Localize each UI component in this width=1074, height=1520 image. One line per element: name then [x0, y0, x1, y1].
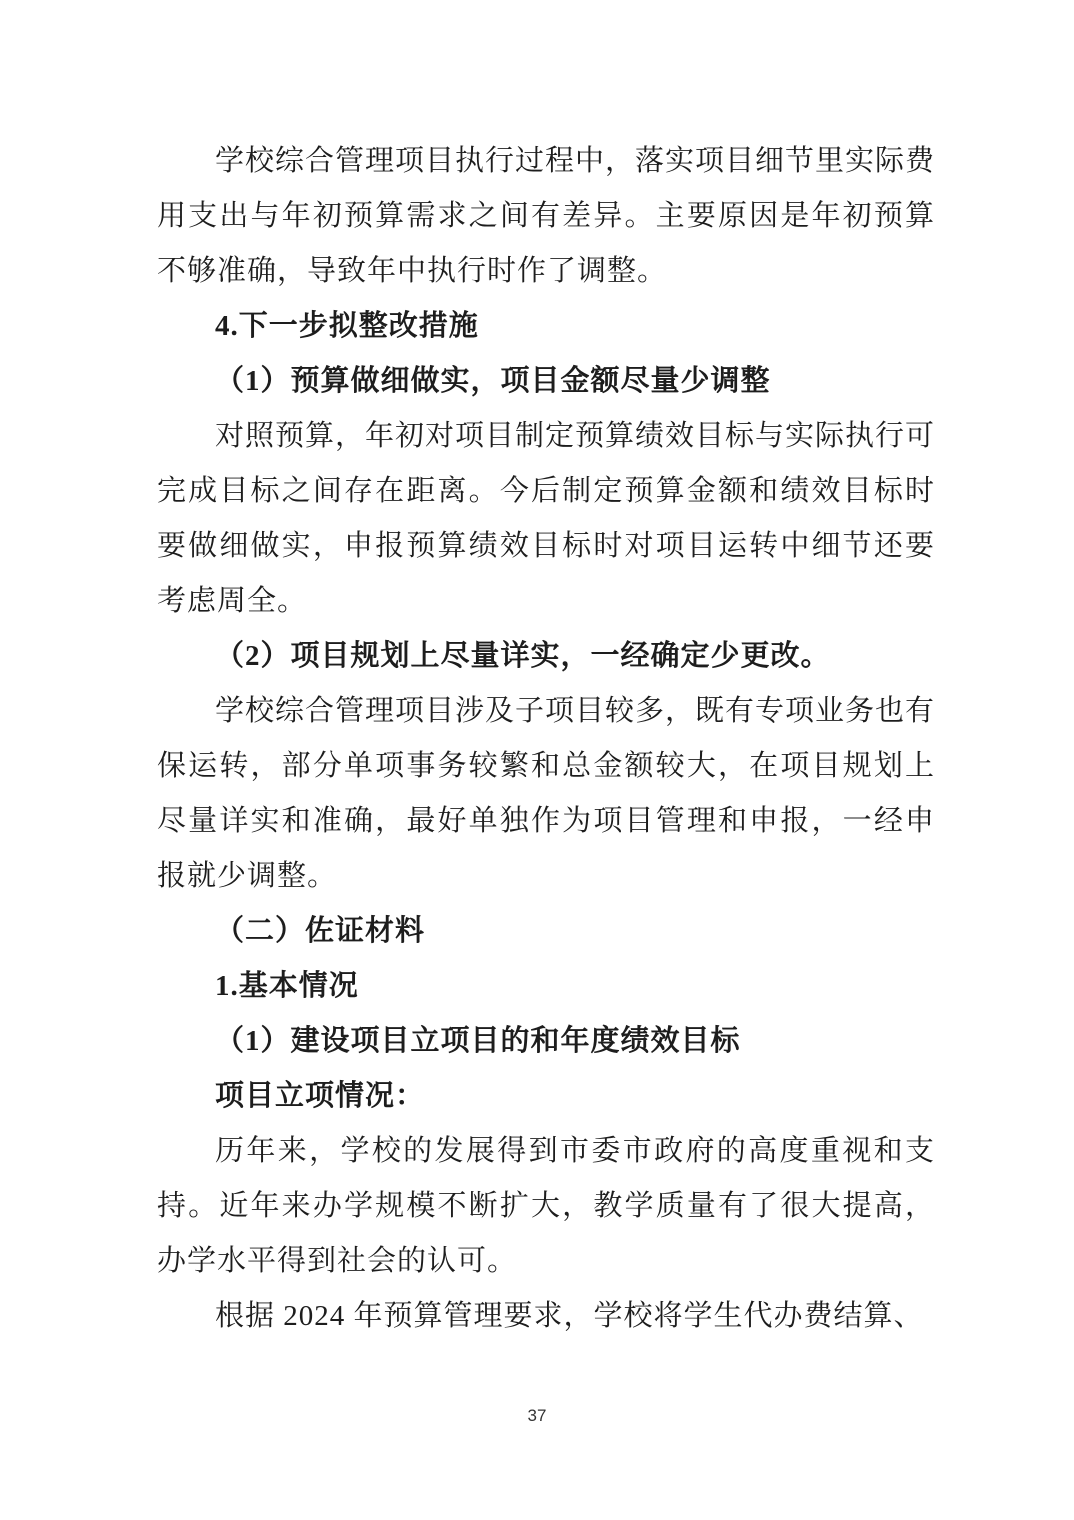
heading-measure-1: （1）预算做细做实，项目金额尽量少调整 [157, 354, 935, 409]
paragraph-measure-2-detail: 学校综合管理项目涉及子项目较多，既有专项业务也有保运转，部分单项事务较繁和总金额… [157, 684, 935, 904]
heading-basic-situation: 1.基本情况 [157, 959, 935, 1014]
document-content: 学校综合管理项目执行过程中，落实项目细节里实际费用支出与年初预算需求之间有差异。… [157, 134, 935, 1344]
page-number: 37 [0, 1404, 1074, 1428]
paragraph-budget-variance: 学校综合管理项目执行过程中，落实项目细节里实际费用支出与年初预算需求之间有差异。… [157, 134, 935, 299]
heading-measure-2: （2）项目规划上尽量详实，一经确定少更改。 [157, 629, 935, 684]
heading-project-goals: （1）建设项目立项目的和年度绩效目标 [157, 1014, 935, 1069]
heading-supporting-materials: （二）佐证材料 [157, 904, 935, 959]
document-page: 学校综合管理项目执行过程中，落实项目细节里实际费用支出与年初预算需求之间有差异。… [0, 0, 1074, 1520]
paragraph-budget-requirements: 根据 2024 年预算管理要求，学校将学生代办费结算、 [157, 1289, 935, 1344]
heading-project-approval-status: 项目立项情况： [157, 1069, 935, 1124]
heading-next-step-measures: 4.下一步拟整改措施 [157, 299, 935, 354]
paragraph-school-development: 历年来，学校的发展得到市委市政府的高度重视和支持。近年来办学规模不断扩大，教学质… [157, 1124, 935, 1289]
paragraph-measure-1-detail: 对照预算，年初对项目制定预算绩效目标与实际执行可完成目标之间存在距离。今后制定预… [157, 409, 935, 629]
